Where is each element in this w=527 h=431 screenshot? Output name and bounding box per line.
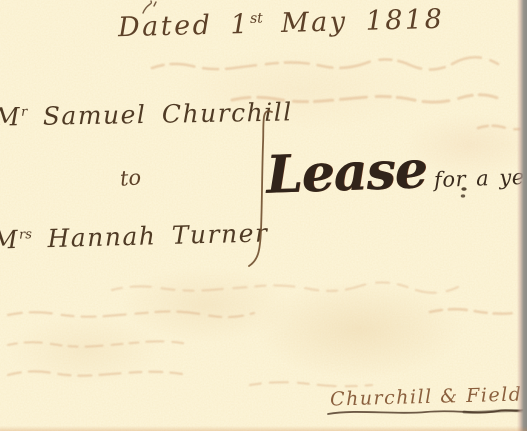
- date-line: Dated 1st May 1818: [118, 4, 445, 44]
- title-suffix-words: for a year: [434, 164, 527, 192]
- party-two-honorific: M: [0, 225, 20, 255]
- party-two-name: Mrs Hannah Turner: [0, 218, 269, 254]
- scan-edge-bottom: [0, 426, 527, 431]
- document-title: Lease for a year: [265, 135, 527, 206]
- party-one-honorific: M: [0, 102, 21, 131]
- connector-word: to: [119, 165, 142, 190]
- signature-underline-flourish: [326, 404, 526, 420]
- party-two-text: Hannah Turner: [32, 218, 269, 253]
- date-text-tail: May 1818: [263, 4, 445, 40]
- party-two-superscript: rs: [19, 227, 32, 242]
- document-scan: Dated 1st May 1818 Mr Samuel Churchill t…: [0, 0, 527, 431]
- date-superscript: st: [250, 10, 263, 26]
- ink-blot: [459, 185, 471, 201]
- scan-edge-right: [517, 0, 527, 431]
- title-main-word: Lease: [265, 139, 428, 206]
- date-text: Dated 1: [118, 9, 251, 43]
